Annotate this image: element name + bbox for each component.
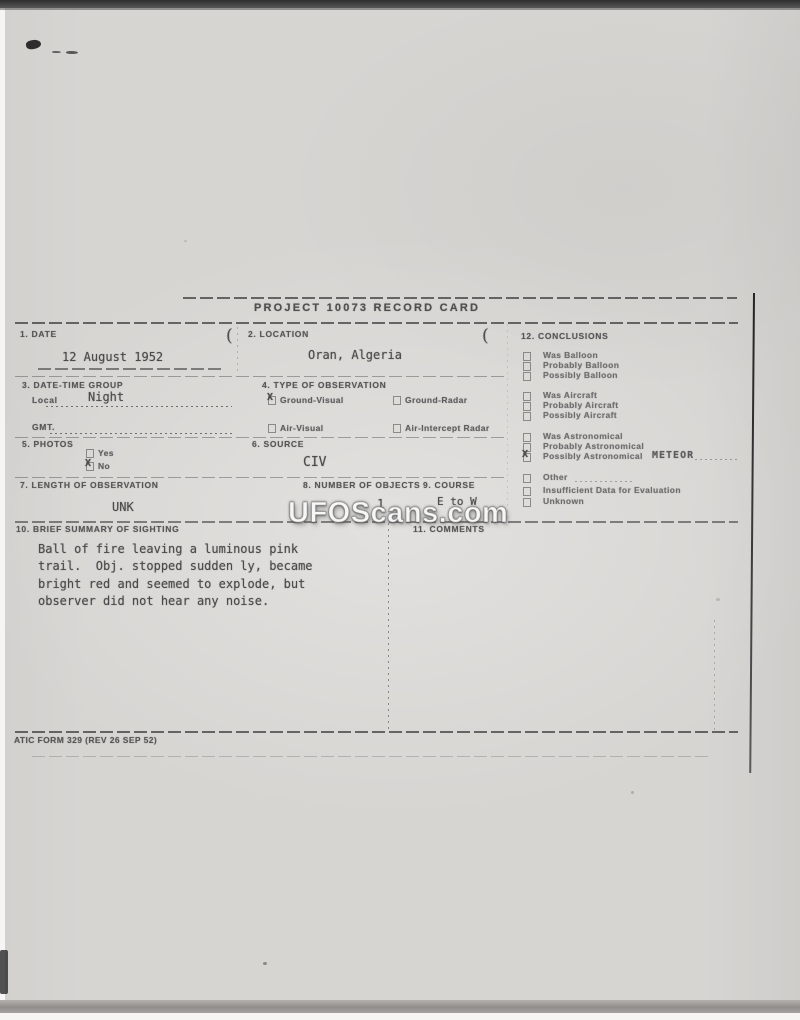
field-label-type-of-observation: 4. TYPE OF OBSERVATION [262,380,387,390]
watermark: UFOScans.com [288,497,508,530]
field-label-source: 6. SOURCE [252,439,304,449]
checkbox-conclusion [523,392,531,401]
conclusion-item: Unknown [543,496,584,506]
dust-speck [716,598,720,601]
conclusion-item: Probably Astronomical [543,441,644,451]
summary-line: bright red and seemed to explode, but [38,576,305,594]
card-edge-rule [32,756,712,757]
checkbox-conclusion [523,433,531,442]
dtg-local-value: Night [88,390,124,404]
summary-comments-divider [388,523,389,731]
checkbox-conclusion [523,412,531,421]
conclusion-item: Was Balloon [543,350,598,360]
paren-artifact: ( [226,326,233,346]
checkbox-conclusion [523,402,531,411]
checkbox-mark: X [85,458,91,469]
checkbox-conclusion [523,362,531,371]
checkbox-photos-yes [86,449,94,458]
checkbox-ground-radar [393,396,401,405]
conclusion-leader [575,481,635,482]
dust-speck [631,791,634,794]
ink-smudge [52,51,61,53]
field-label-course: 9. COURSE [423,480,475,490]
conclusion-annotation: METEOR [652,450,694,461]
checkbox-conclusion [523,352,531,361]
option-ground-radar: Ground-Radar [405,395,467,405]
checkbox-mark: X [267,392,273,403]
checkbox-air-intercept-radar [393,424,401,433]
option-air-visual: Air-Visual [280,423,324,433]
header-bottom-rule [15,322,738,324]
length-of-observation-value: UNK [112,500,134,514]
paren-artifact: ( [482,326,489,346]
field-label-conclusions: 12. CONCLUSIONS [521,331,609,341]
checkbox-conclusion [523,487,531,496]
field-label-length-of-observation: 7. LENGTH OF OBSERVATION [20,480,159,490]
scanned-document: PROJECT 10073 RECORD CARD 1. DATE 12 Aug… [0,0,800,1020]
dust-speck [263,962,267,965]
dtg-gmt-label: GMT. [32,422,55,432]
field-label-date-time-group: 3. DATE-TIME GROUP [22,380,123,390]
column-divider [507,324,508,520]
conclusion-item: Was Astronomical [543,431,623,441]
summary-line: Ball of fire leaving a luminous pink [38,541,298,559]
checkbox-mark: X [522,449,528,460]
ink-smudge [0,950,8,994]
scanner-edge-top [0,0,800,8]
checkbox-conclusion [523,498,531,507]
card-bottom-rule [15,731,738,733]
option-photos-no: No [98,461,110,471]
field-label-date: 1. DATE [20,329,57,339]
conclusion-leader [695,459,738,460]
dtg-local-leader [46,406,232,407]
option-ground-visual: Ground-Visual [280,395,344,405]
conclusion-item: Possibly Astronomical [543,451,643,461]
checkbox-conclusion [523,474,531,483]
source-value: CIV [303,455,326,470]
summary-line: trail. Obj. stopped sudden ly, became [38,558,313,576]
field-label-brief-summary: 10. BRIEF SUMMARY OF SIGHTING [16,524,179,534]
dtg-local-label: Local [32,395,58,405]
field-label-number-of-objects: 8. NUMBER OF OBJECTS [303,480,420,490]
page-bottom-edge [0,1000,800,1013]
card-top-rule [183,297,737,299]
scanner-edge-top-shadow [0,8,800,10]
field-label-photos: 5. PHOTOS [22,439,74,449]
checkbox-conclusion [523,372,531,381]
option-photos-yes: Yes [98,448,114,458]
column-divider [237,327,238,375]
row-divider [15,437,507,438]
conclusion-item: Probably Aircraft [543,400,618,410]
row-divider [15,376,507,377]
location-value: Oran, Algeria [308,348,402,362]
conclusion-item: Possibly Balloon [543,370,618,380]
checkbox-air-visual [268,424,276,433]
dtg-gmt-leader [50,433,232,434]
conclusion-item: Possibly Aircraft [543,410,617,420]
option-air-intercept-radar: Air-Intercept Radar [405,423,490,433]
card-title: PROJECT 10073 RECORD CARD [254,302,480,314]
form-number: ATIC FORM 329 (REV 26 SEP 52) [14,735,157,745]
summary-line: observer did not hear any noise. [38,593,269,611]
date-value: 12 August 1952 [62,350,163,364]
field-label-location: 2. LOCATION [248,329,309,339]
ink-smudge [66,51,78,54]
conclusion-item: Other [543,472,568,482]
row-divider [15,477,507,478]
date-underline [38,368,222,370]
conclusion-item: Insufficient Data for Evaluation [543,485,681,495]
comments-edge-divider [714,620,715,731]
dust-speck [184,240,187,242]
conclusion-item: Was Aircraft [543,390,597,400]
conclusion-item: Probably Balloon [543,360,619,370]
